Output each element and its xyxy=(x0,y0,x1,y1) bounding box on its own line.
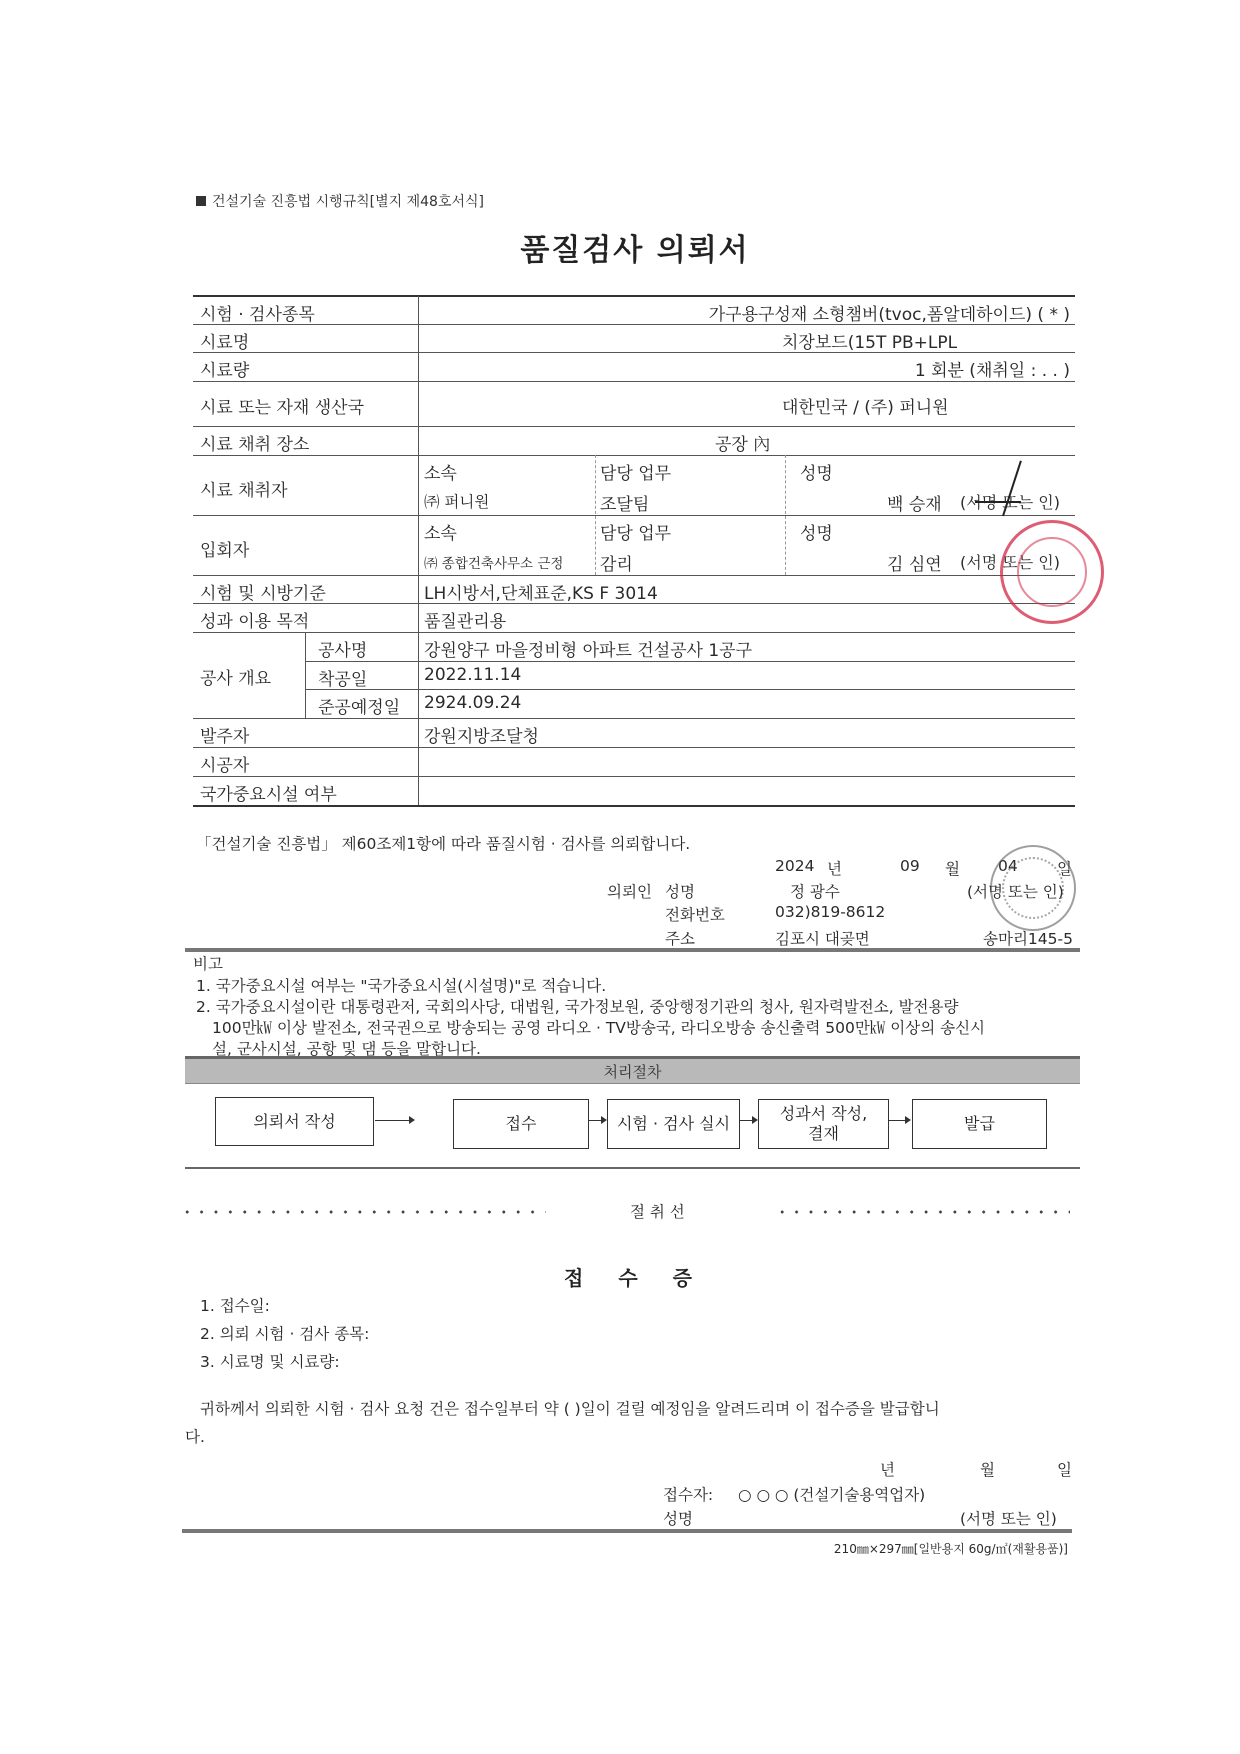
value-completion-date: 2924.09.24 xyxy=(424,693,521,713)
label-test-standard: 시험 및 시방기준 xyxy=(200,579,326,604)
arrow-right-icon xyxy=(375,1120,411,1121)
requester-phone: 032)819-8612 xyxy=(775,903,885,921)
label-completion-date: 준공예정일 xyxy=(318,693,400,718)
receiver-sign-note: (서명 또는 인) xyxy=(960,1507,1057,1529)
witness-name: 김 심연 xyxy=(887,550,942,575)
form-reference: 건설기술 진흥법 시행규칙[별지 제48호서식] xyxy=(196,191,484,211)
request-year-unit: 년 xyxy=(827,857,842,879)
request-month-unit: 월 xyxy=(945,857,960,879)
value-test-item: 가구용구성재 소형챔버(tvoc,폼알데하이드) ( * ) xyxy=(709,300,1070,325)
receiver-value: ○ ○ ○ (건설기술용역업자) xyxy=(738,1483,925,1505)
label-project-name: 공사명 xyxy=(318,636,367,661)
sampler-col-duty: 담당 업무 xyxy=(600,459,671,484)
document-title: 품질검사 의뢰서 xyxy=(0,225,1240,269)
process-step: 발급 xyxy=(912,1099,1047,1149)
value-sample-name: 치장보드(15T PB+LPL xyxy=(782,328,957,353)
arrow-right-icon xyxy=(889,1120,907,1121)
form-reference-text: 건설기술 진흥법 시행규칙[별지 제48호서식] xyxy=(212,194,484,210)
receiver-name-label: 성명 xyxy=(663,1507,693,1529)
request-year: 2024 xyxy=(775,857,814,875)
requester-address: 김포시 대곶면 xyxy=(775,927,870,949)
process-step-label: 의뢰서 작성 xyxy=(253,1112,335,1132)
witness-col-name: 성명 xyxy=(800,519,833,544)
requester-label: 의뢰인 xyxy=(607,880,652,902)
row-divider xyxy=(193,381,1075,382)
red-seal-stamp xyxy=(1000,520,1104,624)
process-step-label: 접수 xyxy=(506,1114,537,1134)
label-column-divider xyxy=(418,296,419,805)
requester-seal-stamp xyxy=(990,845,1076,931)
project-subcolumn-divider xyxy=(305,632,306,718)
value-start-date: 2022.11.14 xyxy=(424,665,521,685)
duty-column-divider xyxy=(595,455,596,575)
value-origin: 대한민국 / (주) 퍼니원 xyxy=(782,393,949,418)
label-test-item: 시험 · 검사종목 xyxy=(200,300,315,325)
label-contractor: 시공자 xyxy=(200,751,249,776)
receipt-item: 1. 접수일: xyxy=(200,1294,270,1316)
value-project-name: 강원양구 마을정비형 아파트 건설공사 1공구 xyxy=(424,636,752,661)
requester-name: 정 광수 xyxy=(790,880,840,902)
signature-strike xyxy=(975,501,1021,503)
witness-col-affiliation: 소속 xyxy=(424,519,457,544)
request-statement: 「건설기술 진흥법」 제60조제1항에 따라 품질시험 · 검사를 의뢰합니다. xyxy=(196,832,690,854)
process-heading: 처리절차 xyxy=(185,1061,1080,1082)
value-test-standard: LH시방서,단체표준,KS F 3014 xyxy=(424,579,658,604)
paper-spec: 210㎜×297㎜[일반용지 60g/㎡(재활용품)] xyxy=(834,1540,1068,1557)
process-step-label: 성과서 작성, 결재 xyxy=(780,1104,867,1144)
receipt-month-unit: 월 xyxy=(980,1458,995,1480)
process-step: 시험 · 검사 실시 xyxy=(607,1099,740,1149)
requester-name-label: 성명 xyxy=(665,880,695,902)
row-divider xyxy=(193,455,1075,456)
label-origin: 시료 또는 자재 생산국 xyxy=(200,393,364,418)
row-divider xyxy=(193,632,1075,633)
note-item: 1. 국가중요시설 여부는 "국가중요시설(시설명)"로 적습니다. xyxy=(196,974,606,996)
witness-affiliation: ㈜ 종합건축사무소 근정 xyxy=(424,552,563,572)
process-heading-bar: 처리절차 xyxy=(185,1056,1080,1084)
receipt-body-line: 다. xyxy=(185,1425,205,1447)
receipt-bottom-rule xyxy=(182,1529,1072,1533)
value-sampling-place: 공장 內 xyxy=(715,430,770,455)
arrow-right-icon xyxy=(589,1120,603,1121)
requester-address-label: 주소 xyxy=(665,927,695,949)
cut-line-label: 절 취 선 xyxy=(630,1200,685,1222)
row-divider xyxy=(193,515,1075,516)
note-item-continued: 100만㎾ 이상 발전소, 전국권으로 방송되는 공영 라디오 · TV방송국,… xyxy=(212,1016,985,1038)
label-sample-name: 시료명 xyxy=(200,328,249,353)
process-bottom-rule xyxy=(185,1167,1080,1169)
receipt-body-line: 귀하께서 의뢰한 시험 · 검사 요청 건은 접수일부터 약 ( )일이 걸릴 … xyxy=(200,1397,940,1419)
value-sample-quantity: 1 회분 (채취일 : . . ) xyxy=(915,356,1070,381)
value-purpose: 품질관리용 xyxy=(424,607,506,632)
row-divider xyxy=(193,575,1075,576)
notes-heading: 비고 xyxy=(193,952,223,974)
process-step: 의뢰서 작성 xyxy=(215,1097,374,1146)
label-purpose: 성과 이용 목적 xyxy=(200,607,309,632)
label-start-date: 착공일 xyxy=(318,665,367,690)
label-witness: 입회자 xyxy=(200,536,249,561)
process-step: 접수 xyxy=(453,1099,589,1149)
process-step-label: 발급 xyxy=(964,1114,995,1134)
arrow-right-icon xyxy=(740,1120,754,1121)
row-divider xyxy=(305,661,1075,662)
sampler-name: 백 승재 xyxy=(887,490,942,515)
request-month: 09 xyxy=(900,857,920,875)
requester-phone-label: 전화번호 xyxy=(665,903,725,925)
process-step-label: 시험 · 검사 실시 xyxy=(617,1114,730,1134)
sampler-duty: 조달팀 xyxy=(600,490,649,515)
table-bottom-border xyxy=(193,805,1075,807)
row-divider xyxy=(193,776,1075,777)
receiver-label: 접수자: xyxy=(663,1483,713,1505)
sampler-affiliation: ㈜ 퍼니원 xyxy=(424,490,489,512)
receipt-item: 3. 시료명 및 시료량: xyxy=(200,1350,340,1372)
label-project-overview: 공사 개요 xyxy=(200,664,271,689)
label-national-facility: 국가중요시설 여부 xyxy=(200,780,337,805)
label-sampler: 시료 채취자 xyxy=(200,476,288,501)
row-divider xyxy=(193,718,1075,719)
cut-line-right xyxy=(775,1210,1070,1214)
row-divider xyxy=(193,747,1075,748)
receipt-title: 접 수 증 xyxy=(0,1262,1240,1291)
sampler-col-affiliation: 소속 xyxy=(424,459,457,484)
witness-col-duty: 담당 업무 xyxy=(600,519,671,544)
cut-line-left xyxy=(180,1210,546,1214)
quality-inspection-request-form: 건설기술 진흥법 시행규칙[별지 제48호서식] 품질검사 의뢰서 시험 · 검… xyxy=(0,0,1240,1754)
row-divider xyxy=(305,689,1075,690)
receipt-year-unit: 년 xyxy=(880,1458,895,1480)
label-sampling-place: 시료 채취 장소 xyxy=(200,430,309,455)
label-client: 발주자 xyxy=(200,722,249,747)
table-top-border xyxy=(193,295,1075,297)
sampler-col-name: 성명 xyxy=(800,459,833,484)
witness-duty: 감리 xyxy=(600,550,633,575)
receipt-day-unit: 일 xyxy=(1057,1458,1072,1480)
label-sample-quantity: 시료량 xyxy=(200,356,249,381)
row-divider xyxy=(193,426,1075,427)
section-separator xyxy=(185,948,1080,952)
value-client: 강원지방조달청 xyxy=(424,722,539,747)
square-bullet-icon xyxy=(196,196,206,206)
name-column-divider xyxy=(785,455,786,575)
process-step: 성과서 작성, 결재 xyxy=(758,1099,889,1149)
note-item: 2. 국가중요시설이란 대통령관저, 국회의사당, 대법원, 국가정보원, 중앙… xyxy=(196,995,958,1017)
receipt-item: 2. 의뢰 시험 · 검사 종목: xyxy=(200,1322,369,1344)
